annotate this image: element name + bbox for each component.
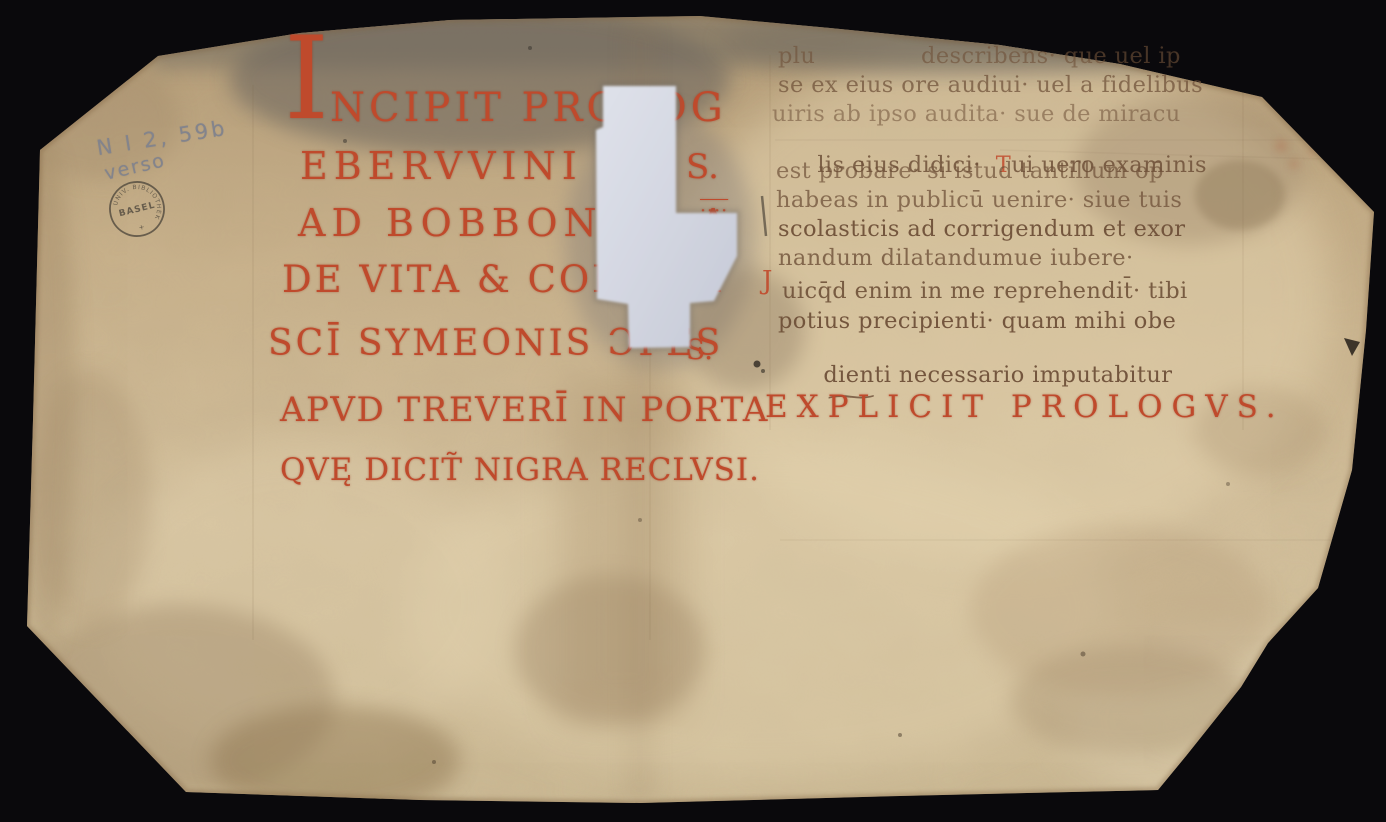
rubric-line-1: NCIPIT PROLOG [330,88,727,128]
red-initial-q: J [762,268,772,294]
rubric-line-3: AD BOBBONEM A [298,204,733,242]
text-line-1: plu describens· que uel ip [778,45,1181,68]
text-line-6: habeas in publicū uenire· siue tuis [776,189,1182,212]
text-line-9: uicq̄d enim in me reprehendit̄· tibi [782,280,1188,303]
stamp-cross-mark: + [138,223,146,232]
rubric-line-6: APVD TREVERĪ IN PORTA [280,393,769,427]
rubric-line-2: EBERVVINI AB [300,147,668,185]
text-line-8: nandum dilatandumue iubere· [778,247,1134,270]
manuscript-photo: N I 2, 59b verso UNIV. BIBLIOTHEK BASEL … [0,0,1386,822]
rubric-line-2-tail: S. [686,150,719,184]
rubric-line-5: SCĪ SYMEONIS ƆFES [268,326,723,362]
incipit-large-initial: I [284,22,329,136]
explicit-line: EXPLICIT PROLOGVS. [765,392,1285,423]
rubric-line-3-abbrev-mark: ···· [700,202,728,221]
text-line-7: scolasticis ad corrigendum et exor [778,218,1185,241]
text-line-2: se ex eius ore audiui· uel a fidelibus [778,74,1203,97]
text-line-3: uiris ab ipso audita· sue de miracu [772,103,1181,126]
rubric-line-4: DE VITA & CONUER [282,261,723,298]
text-line-5: est probare· si istud tantillum op̄ [776,160,1164,183]
library-stamp: UNIV. BIBLIOTHEK BASEL + [82,154,191,263]
rubric-line-5-tail: S. [686,336,713,364]
text-line-10: potius precipienti· quam mihi obe [778,310,1176,333]
rubric-line-7: QVĘ DICIT̃ NIGRA RECLVSI. [280,455,760,486]
stamp-center-text: BASEL [118,201,157,220]
